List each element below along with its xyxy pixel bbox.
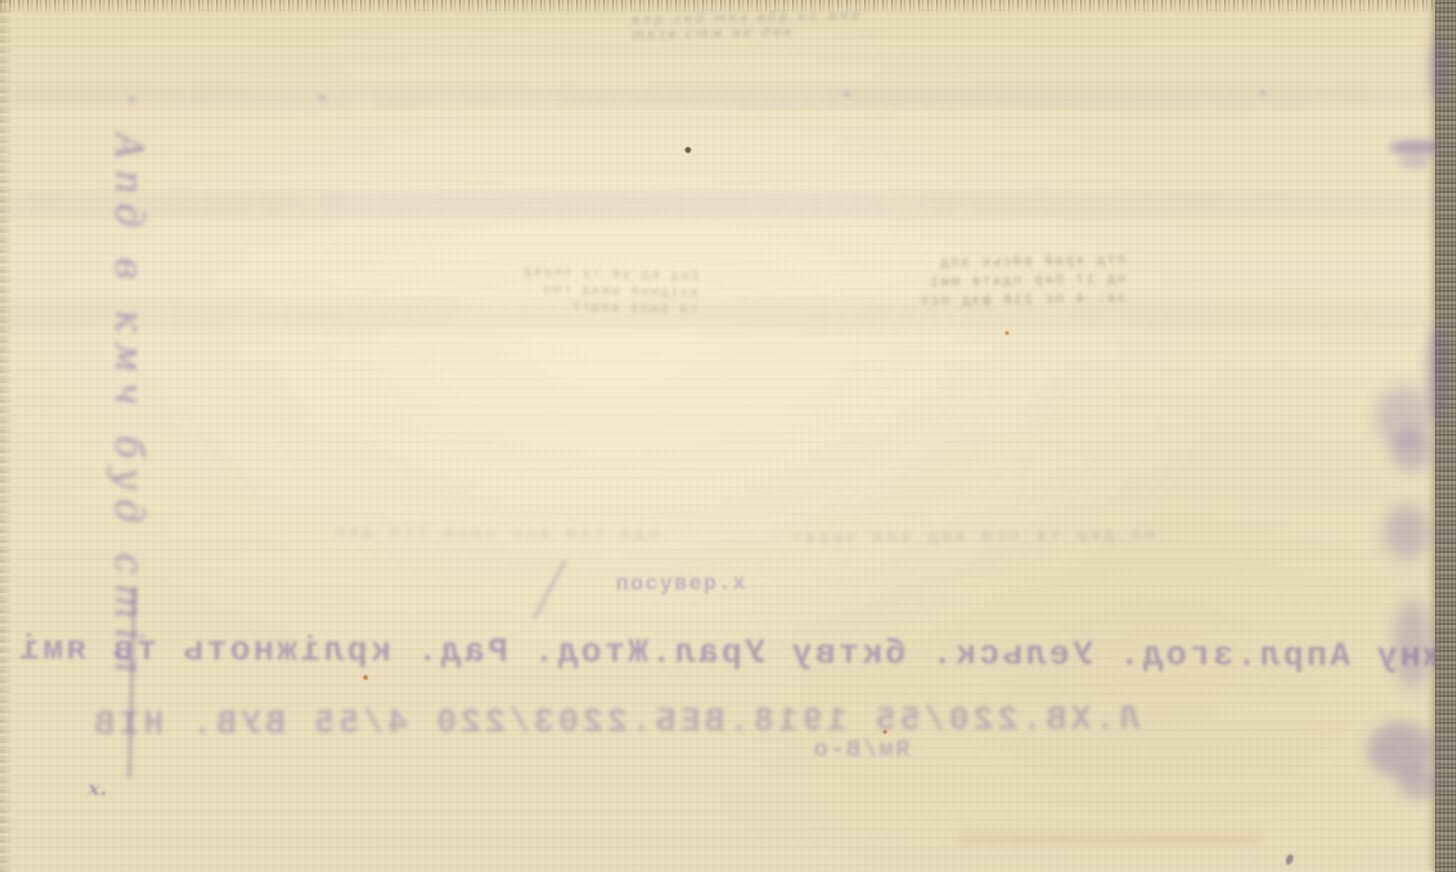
stamp-line: од 17 бер пдатв ммі [826, 270, 1126, 294]
paper-stain-streak [960, 834, 1260, 844]
paper-deckle-edge-top [0, 0, 1456, 14]
stamp-line: Свд вд уй ту первд [438, 261, 698, 285]
ink-speck-faint [1258, 90, 1267, 96]
bleedthrough-typed-line-numbers: Л.ХВ.220/55 1918.ВЕБ.2203/220 4/55 ВУВ. … [70, 695, 1140, 757]
bleedthrough-faint-line-right: нп дкр тв псм ввд олн червт [700, 526, 1155, 547]
stamp-line: птд край вйськ зпд [826, 251, 1126, 275]
bleedthrough-typed-line-small: Ям/В-о [780, 736, 910, 770]
ink-speck-orange [363, 675, 368, 680]
bleedthrough-word: посувер.х [616, 571, 806, 601]
handwriting-ink-stroke [128, 588, 137, 778]
stamp-impression-left: Свд вд уй ту первд вхідний швад гмо тй б… [437, 261, 698, 319]
stamp-line: тй бмлз вищгт [437, 295, 697, 319]
ink-smudge [1376, 386, 1432, 448]
ink-smudge [1368, 722, 1434, 778]
ink-speck-dark [685, 147, 691, 153]
scanned-document-page: впр лнд тка вбр на мвр ткгв стм не дов С… [0, 0, 1456, 872]
ink-smudge [1394, 598, 1430, 690]
ink-speck-faint [842, 91, 852, 97]
paper-tone-wash [0, 192, 1456, 218]
ink-speck-orange [1005, 331, 1009, 335]
scan-backing-band-right [1435, 0, 1456, 872]
ink-smudge [1398, 158, 1430, 168]
ink-speck-faint [128, 96, 136, 103]
ink-smudge [1390, 430, 1432, 472]
ink-smudge [1384, 504, 1430, 560]
ink-smudge [1390, 140, 1440, 155]
stamp-line: за: 4 пс 218 фзд пст [826, 289, 1126, 313]
handwriting-corner-mark: х. [88, 776, 107, 800]
bleedthrough-faint-line-left: пдв ткм влс ором тсп двн [238, 523, 658, 544]
stamp-line: вхідний швад гмо [438, 278, 698, 302]
paper-tone-wash [0, 300, 1456, 330]
ink-speck-orange [883, 730, 887, 734]
bleedthrough-typed-line-main: жну Апрл.згод. Уельск. бктву Урал.Жтод. … [18, 624, 1444, 689]
ink-speck-small [1284, 853, 1294, 866]
handwriting-ink-column: Апд в кмч буд стіл пвх ряд [90, 132, 162, 692]
paper-tone-wash [0, 86, 1456, 108]
stamp-impression-right: птд край вйськ зпд од 17 бер пдатв ммі з… [826, 251, 1127, 313]
ink-speck-faint [318, 95, 327, 101]
ink-smudge [1398, 768, 1440, 800]
pencil-scribble-line: ткгв стм не дов [632, 22, 912, 43]
paper-deckle-edge-left [0, 0, 12, 872]
ink-diagonal-stroke [533, 559, 568, 619]
